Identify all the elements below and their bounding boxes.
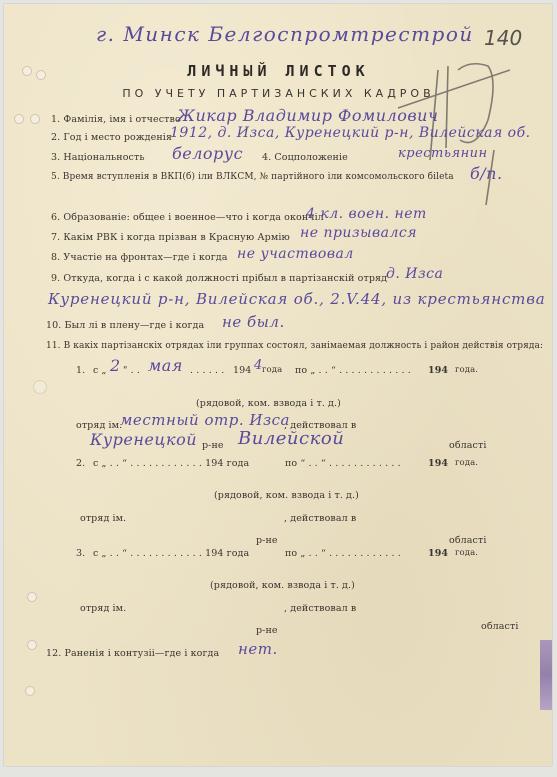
period-1-district-value: Куренецкой xyxy=(90,430,197,449)
field-3-label: 3. Національность xyxy=(51,152,145,163)
period-3-to-year: 194 xyxy=(428,548,448,559)
period-3-index: 3. xyxy=(76,548,85,559)
period-1-to-suffix: года. xyxy=(455,365,478,375)
period-2-rank-hint: (рядовой, ком. взвода і т. д.) xyxy=(214,490,359,501)
field-9-value: д. Изса xyxy=(386,266,443,282)
field-4-label: 4. Соцположеніе xyxy=(262,152,348,163)
field-8-value: не участвовал xyxy=(237,246,354,262)
field-10-label: 10. Был лі в плену—где і когда xyxy=(46,320,204,331)
period-3-district-label: р-не xyxy=(256,625,278,636)
period-3-to-suffix: года. xyxy=(455,548,478,558)
period-1-rank-hint: (рядовой, ком. взвода і т. д.) xyxy=(196,398,341,409)
field-9-label: 9. Откуда, когда і с какой должності прі… xyxy=(51,273,387,284)
field-10-value: не был. xyxy=(222,313,285,331)
field-6-label: 6. Образованіе: общее і военное—что і ко… xyxy=(51,212,324,223)
period-1-dots-a: " . . xyxy=(123,365,140,376)
field-12-value: нет. xyxy=(238,640,278,658)
field-1-value: Жикар Владимир Фомилович xyxy=(177,106,438,125)
period-1-to: по „ . . “ . . . . . . . . . . . . xyxy=(295,365,411,376)
period-1-from-month: мая xyxy=(148,356,183,375)
period-1-from-suffix: года xyxy=(262,365,282,375)
period-1-region-value: Вилейской xyxy=(238,428,344,449)
period-1-district-label: р-не xyxy=(202,440,224,451)
field-1-label: 1. Фамілія, імя і отчество xyxy=(51,114,181,125)
period-2-region-label: області xyxy=(449,535,486,546)
period-2-district-label: р-не xyxy=(256,535,278,546)
field-7-value: не призывался xyxy=(300,225,417,241)
period-2-from: с „ . . “ . . . . . . . . . . . . 194 го… xyxy=(93,458,249,469)
period-1-to-year: 194 xyxy=(428,365,448,376)
period-2-to-year: 194 xyxy=(428,458,448,469)
field-12-label: 12. Раненія і контузіі—где і когда xyxy=(46,648,219,659)
period-1-from-day: 2 xyxy=(110,356,121,375)
field-7-label: 7. Какім РВК і когда прізван в Красную А… xyxy=(51,232,290,243)
period-3-unit-label: отряд ім. xyxy=(80,603,126,614)
field-11-label: 11. В какіх партізанскіх отрядах іли гру… xyxy=(46,341,543,351)
period-3-from: с „ . . “ . . . . . . . . . . . . 194 го… xyxy=(93,548,249,559)
period-3-region-label: області xyxy=(481,621,518,632)
period-1-unit-value: местный отр. Изса xyxy=(120,411,290,429)
period-1-index: 1. xyxy=(76,365,85,376)
field-5-value: б/п. xyxy=(470,164,503,183)
field-2-value: 1912, д. Изса, Куренецкий р-н, Вилейская… xyxy=(170,125,531,141)
field-5-label: 5. Время вступленія в ВКП(б) іли ВЛКСМ, … xyxy=(51,172,454,182)
period-1-from-prefix: с „ xyxy=(93,365,107,376)
field-3-value: белорус xyxy=(172,144,243,163)
period-2-to: по “ . . “ . . . . . . . . . . . . xyxy=(285,458,401,469)
field-6-value: 4 кл. воен. нет xyxy=(306,206,427,222)
period-2-to-suffix: года. xyxy=(455,458,478,468)
period-1-from-year: 194 xyxy=(233,365,251,376)
period-3-to: по „ . . “ . . . . . . . . . . . . xyxy=(285,548,401,559)
period-2-acted-in: , действовал в xyxy=(284,513,356,524)
field-4-value: крестьянин xyxy=(398,146,488,161)
period-1-region-label: області xyxy=(449,440,486,451)
field-2-label: 2. Год і место рожденія xyxy=(51,132,172,143)
period-3-acted-in: , действовал в xyxy=(284,603,356,614)
field-8-label: 8. Участіе на фронтах—где і когда xyxy=(51,252,228,263)
period-1-dots-b: . . . . . . xyxy=(190,365,224,376)
period-2-unit-label: отряд ім. xyxy=(80,513,126,524)
period-3-rank-hint: (рядовой, ком. взвода і т. д.) xyxy=(210,580,355,591)
period-2-index: 2. xyxy=(76,458,85,469)
field-9-value-continued: Куренецкий р-н, Вилейская об., 2.V.44, и… xyxy=(48,290,545,308)
